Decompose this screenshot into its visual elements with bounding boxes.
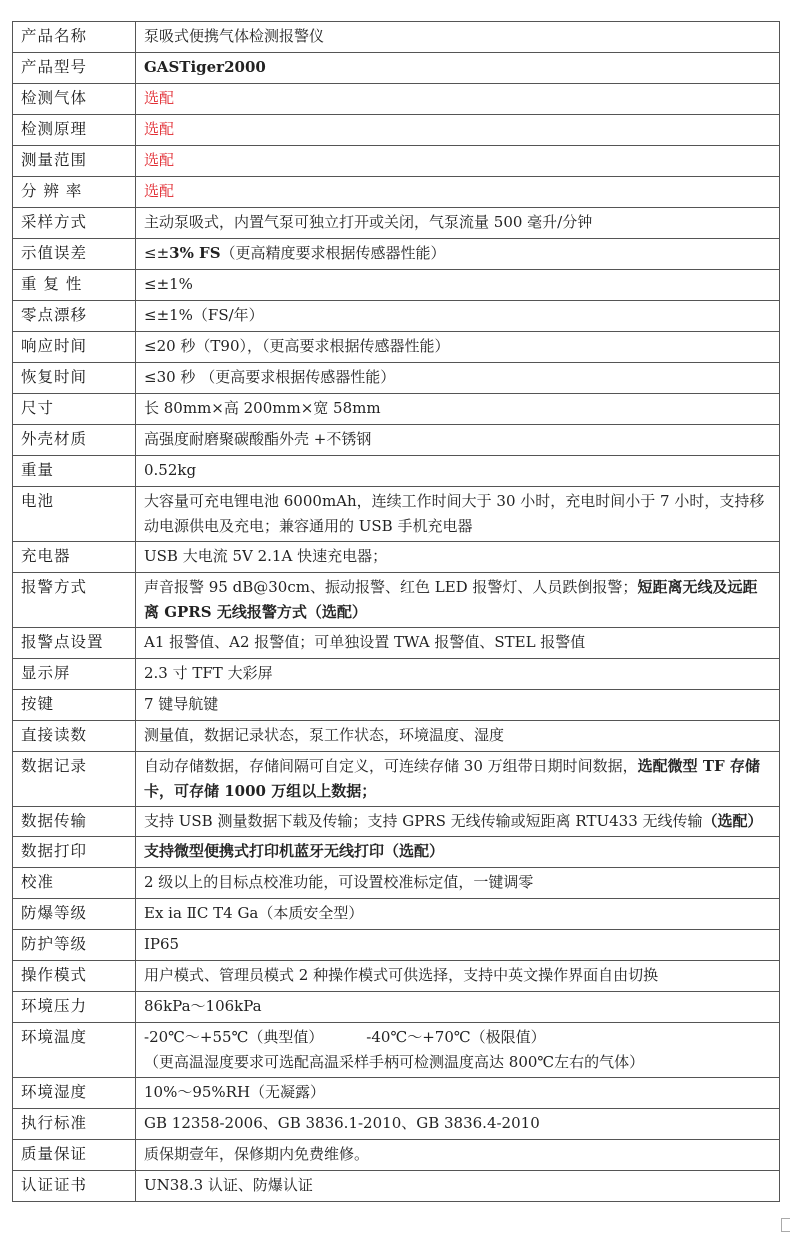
spec-value-segment: 选配 bbox=[144, 120, 174, 138]
spec-value-segment: 选配 bbox=[144, 89, 174, 107]
spec-label: 环境湿度 bbox=[13, 1078, 136, 1109]
spec-value-segment: 大容量可充电锂电池 6000mAh，连续工作时间大于 30 小时，充电时间小于 … bbox=[144, 492, 764, 535]
spec-label: 按键 bbox=[13, 690, 136, 721]
spec-value: Ex ia ⅡC T4 Ga（本质安全型） bbox=[136, 899, 780, 930]
spec-row: 直接读数测量值，数据记录状态，泵工作状态，环境温度、湿度 bbox=[13, 721, 780, 752]
spec-table: 产品名称泵吸式便携气体检测报警仪产品型号GASTiger2000检测气体选配检测… bbox=[12, 21, 780, 1202]
spec-value: -20℃～+55℃（典型值） -40℃～+70℃（极限值）（更高温湿度要求可选配… bbox=[136, 1023, 780, 1078]
spec-value: UN38.3 认证、防爆认证 bbox=[136, 1171, 780, 1202]
spec-value: 长 80mm×高 200mm×宽 58mm bbox=[136, 394, 780, 425]
spec-value: 10%～95%RH（无凝露） bbox=[136, 1078, 780, 1109]
spec-label: 直接读数 bbox=[13, 721, 136, 752]
spec-value-segment: 10%～95%RH（无凝露） bbox=[144, 1083, 325, 1101]
spec-label: 恢复时间 bbox=[13, 363, 136, 394]
spec-row: 数据记录自动存储数据，存储间隔可自定义，可连续存储 30 万组带日期时间数据，选… bbox=[13, 752, 780, 807]
spec-value-segment: Ex ia ⅡC T4 Ga（本质安全型） bbox=[144, 904, 363, 922]
spec-value-segment: （更高精度要求根据传感器性能） bbox=[221, 244, 446, 262]
spec-row: 产品型号GASTiger2000 bbox=[13, 53, 780, 84]
spec-label: 电池 bbox=[13, 487, 136, 542]
spec-value: 选配 bbox=[136, 115, 780, 146]
spec-label: 显示屏 bbox=[13, 659, 136, 690]
spec-value: 选配 bbox=[136, 146, 780, 177]
spec-value: 0.52kg bbox=[136, 456, 780, 487]
spec-label: 响应时间 bbox=[13, 332, 136, 363]
spec-value-segment: 2 级以上的目标点校准功能，可设置校准标定值，一键调零 bbox=[144, 873, 533, 891]
spec-value: ≤±3% FS（更高精度要求根据传感器性能） bbox=[136, 239, 780, 270]
spec-label: 充电器 bbox=[13, 542, 136, 573]
spec-value-segment: ≤±1%（FS/年） bbox=[144, 306, 264, 324]
spec-label: 产品型号 bbox=[13, 53, 136, 84]
spec-label: 产品名称 bbox=[13, 22, 136, 53]
spec-value: ≤±1%（FS/年） bbox=[136, 301, 780, 332]
spec-row: 检测原理选配 bbox=[13, 115, 780, 146]
spec-row: 分 辨 率选配 bbox=[13, 177, 780, 208]
spec-table-body: 产品名称泵吸式便携气体检测报警仪产品型号GASTiger2000检测气体选配检测… bbox=[13, 22, 780, 1202]
spec-value-segment: 测量值，数据记录状态，泵工作状态，环境温度、湿度 bbox=[144, 726, 504, 744]
spec-value: ≤20 秒（T90），（更高要求根据传感器性能） bbox=[136, 332, 780, 363]
spec-label: 防护等级 bbox=[13, 930, 136, 961]
spec-value: 选配 bbox=[136, 177, 780, 208]
spec-value: 2.3 寸 TFT 大彩屏 bbox=[136, 659, 780, 690]
spec-value: 测量值，数据记录状态，泵工作状态，环境温度、湿度 bbox=[136, 721, 780, 752]
spec-value-segment: GB 12358-2006、GB 3836.1-2010、GB 3836.4-2… bbox=[144, 1114, 540, 1132]
spec-row: 尺寸长 80mm×高 200mm×宽 58mm bbox=[13, 394, 780, 425]
spec-row: 环境压力86kPa～106kPa bbox=[13, 992, 780, 1023]
spec-row: 重量0.52kg bbox=[13, 456, 780, 487]
spec-row: 质量保证质保期壹年，保修期内免费维修。 bbox=[13, 1140, 780, 1171]
spec-value-segment: 长 80mm×高 200mm×宽 58mm bbox=[144, 399, 381, 417]
spec-row: 检测气体选配 bbox=[13, 84, 780, 115]
spec-value-segment: 86kPa～106kPa bbox=[144, 997, 262, 1015]
spec-value-segment: 支持 USB 测量数据下载及传输；支持 GPRS 无线传输或短距离 RTU433… bbox=[144, 812, 703, 830]
spec-value-segment: -20℃～+55℃（典型值） -40℃～+70℃（极限值） bbox=[144, 1028, 546, 1046]
spec-label: 外壳材质 bbox=[13, 425, 136, 456]
spec-row: 电池大容量可充电锂电池 6000mAh，连续工作时间大于 30 小时，充电时间小… bbox=[13, 487, 780, 542]
spec-value-segment: ≤±1% bbox=[144, 275, 193, 293]
spec-value: GASTiger2000 bbox=[136, 53, 780, 84]
spec-label: 防爆等级 bbox=[13, 899, 136, 930]
spec-value-segment: （更高温湿度要求可选配高温采样手柄可检测温度高达 800℃左右的气体） bbox=[144, 1053, 644, 1071]
spec-row: 产品名称泵吸式便携气体检测报警仪 bbox=[13, 22, 780, 53]
spec-value: IP65 bbox=[136, 930, 780, 961]
spec-row: 认证证书UN38.3 认证、防爆认证 bbox=[13, 1171, 780, 1202]
spec-value: 质保期壹年，保修期内免费维修。 bbox=[136, 1140, 780, 1171]
spec-label: 重 复 性 bbox=[13, 270, 136, 301]
spec-label: 认证证书 bbox=[13, 1171, 136, 1202]
spec-label: 质量保证 bbox=[13, 1140, 136, 1171]
spec-value-segment: 2.3 寸 TFT 大彩屏 bbox=[144, 664, 273, 682]
spec-value-segment: 选配 bbox=[144, 182, 174, 200]
spec-value-segment: USB 大电流 5V 2.1A 快速充电器； bbox=[144, 547, 387, 565]
spec-row: 防护等级IP65 bbox=[13, 930, 780, 961]
spec-value-segment: 自动存储数据，存储间隔可自定义，可连续存储 30 万组带日期时间数据， bbox=[144, 757, 638, 775]
spec-value-segment: ≤± bbox=[144, 244, 169, 262]
spec-value: 泵吸式便携气体检测报警仪 bbox=[136, 22, 780, 53]
spec-value: 86kPa～106kPa bbox=[136, 992, 780, 1023]
spec-row: 显示屏2.3 寸 TFT 大彩屏 bbox=[13, 659, 780, 690]
spec-value: 支持微型便携式打印机蓝牙无线打印（选配） bbox=[136, 837, 780, 868]
spec-row: 校准2 级以上的目标点校准功能，可设置校准标定值，一键调零 bbox=[13, 868, 780, 899]
spec-value: 自动存储数据，存储间隔可自定义，可连续存储 30 万组带日期时间数据，选配微型 … bbox=[136, 752, 780, 807]
spec-value: 用户模式、管理员模式 2 种操作模式可供选择，支持中英文操作界面自由切换 bbox=[136, 961, 780, 992]
spec-row: 数据传输支持 USB 测量数据下载及传输；支持 GPRS 无线传输或短距离 RT… bbox=[13, 807, 780, 837]
spec-value-segment: 3% FS bbox=[169, 244, 220, 262]
spec-label: 执行标准 bbox=[13, 1109, 136, 1140]
spec-value-segment: 用户模式、管理员模式 2 种操作模式可供选择，支持中英文操作界面自由切换 bbox=[144, 966, 658, 984]
spec-value-segment: 0.52kg bbox=[144, 461, 196, 479]
spec-value: A1 报警值、A2 报警值；可单独设置 TWA 报警值、STEL 报警值 bbox=[136, 628, 780, 659]
spec-label: 数据传输 bbox=[13, 807, 136, 837]
spec-row: 充电器USB 大电流 5V 2.1A 快速充电器； bbox=[13, 542, 780, 573]
page-corner-mark bbox=[781, 1218, 790, 1232]
spec-value-segment: ≤20 秒（T90），（更高要求根据传感器性能） bbox=[144, 337, 450, 355]
spec-row: 报警点设置A1 报警值、A2 报警值；可单独设置 TWA 报警值、STEL 报警… bbox=[13, 628, 780, 659]
spec-row: 按键7 键导航键 bbox=[13, 690, 780, 721]
spec-label: 报警方式 bbox=[13, 573, 136, 628]
spec-label: 采样方式 bbox=[13, 208, 136, 239]
spec-label: 环境温度 bbox=[13, 1023, 136, 1078]
spec-value-segment: （选配） bbox=[703, 812, 763, 830]
spec-value-segment: 泵吸式便携气体检测报警仪 bbox=[144, 27, 324, 45]
spec-label: 测量范围 bbox=[13, 146, 136, 177]
spec-value: 大容量可充电锂电池 6000mAh，连续工作时间大于 30 小时，充电时间小于 … bbox=[136, 487, 780, 542]
spec-value-segment: A1 报警值、A2 报警值；可单独设置 TWA 报警值、STEL 报警值 bbox=[144, 633, 585, 651]
spec-value: 选配 bbox=[136, 84, 780, 115]
spec-row: 环境温度-20℃～+55℃（典型值） -40℃～+70℃（极限值）（更高温湿度要… bbox=[13, 1023, 780, 1078]
spec-row: 零点漂移≤±1%（FS/年） bbox=[13, 301, 780, 332]
spec-label: 重量 bbox=[13, 456, 136, 487]
spec-label: 检测原理 bbox=[13, 115, 136, 146]
spec-value: 高强度耐磨聚碳酸酯外壳 +不锈钢 bbox=[136, 425, 780, 456]
spec-row: 防爆等级Ex ia ⅡC T4 Ga（本质安全型） bbox=[13, 899, 780, 930]
spec-value-segment: ≤30 秒 （更高要求根据传感器性能） bbox=[144, 368, 395, 386]
spec-value-segment: 7 键导航键 bbox=[144, 695, 218, 713]
spec-row: 执行标准GB 12358-2006、GB 3836.1-2010、GB 3836… bbox=[13, 1109, 780, 1140]
spec-label: 数据记录 bbox=[13, 752, 136, 807]
spec-value: ≤±1% bbox=[136, 270, 780, 301]
spec-value-segment: 质保期壹年，保修期内免费维修。 bbox=[144, 1145, 369, 1163]
spec-label: 校准 bbox=[13, 868, 136, 899]
spec-row: 环境湿度10%～95%RH（无凝露） bbox=[13, 1078, 780, 1109]
spec-row: 测量范围选配 bbox=[13, 146, 780, 177]
spec-value: 2 级以上的目标点校准功能，可设置校准标定值，一键调零 bbox=[136, 868, 780, 899]
spec-value: 支持 USB 测量数据下载及传输；支持 GPRS 无线传输或短距离 RTU433… bbox=[136, 807, 780, 837]
spec-value: 主动泵吸式，内置气泵可独立打开或关闭，气泵流量 500 毫升/分钟 bbox=[136, 208, 780, 239]
spec-value-segment: 声音报警 95 dB@30cm、振动报警、红色 LED 报警灯、人员跌倒报警； bbox=[144, 578, 637, 596]
spec-row: 响应时间≤20 秒（T90），（更高要求根据传感器性能） bbox=[13, 332, 780, 363]
spec-row: 重 复 性≤±1% bbox=[13, 270, 780, 301]
spec-label: 分 辨 率 bbox=[13, 177, 136, 208]
spec-row: 报警方式声音报警 95 dB@30cm、振动报警、红色 LED 报警灯、人员跌倒… bbox=[13, 573, 780, 628]
spec-label: 数据打印 bbox=[13, 837, 136, 868]
spec-value-segment: 支持微型便携式打印机蓝牙无线打印（选配） bbox=[144, 842, 444, 860]
spec-value: USB 大电流 5V 2.1A 快速充电器； bbox=[136, 542, 780, 573]
spec-row: 采样方式主动泵吸式，内置气泵可独立打开或关闭，气泵流量 500 毫升/分钟 bbox=[13, 208, 780, 239]
spec-row: 恢复时间≤30 秒 （更高要求根据传感器性能） bbox=[13, 363, 780, 394]
spec-label: 检测气体 bbox=[13, 84, 136, 115]
spec-value-segment: 选配 bbox=[144, 151, 174, 169]
spec-row: 外壳材质高强度耐磨聚碳酸酯外壳 +不锈钢 bbox=[13, 425, 780, 456]
spec-label: 尺寸 bbox=[13, 394, 136, 425]
spec-value-segment: IP65 bbox=[144, 935, 179, 953]
spec-row: 操作模式用户模式、管理员模式 2 种操作模式可供选择，支持中英文操作界面自由切换 bbox=[13, 961, 780, 992]
spec-label: 报警点设置 bbox=[13, 628, 136, 659]
spec-value: GB 12358-2006、GB 3836.1-2010、GB 3836.4-2… bbox=[136, 1109, 780, 1140]
spec-label: 零点漂移 bbox=[13, 301, 136, 332]
spec-value-segment: 高强度耐磨聚碳酸酯外壳 +不锈钢 bbox=[144, 430, 371, 448]
spec-row: 数据打印支持微型便携式打印机蓝牙无线打印（选配） bbox=[13, 837, 780, 868]
spec-row: 示值误差≤±3% FS（更高精度要求根据传感器性能） bbox=[13, 239, 780, 270]
spec-value-segment: UN38.3 认证、防爆认证 bbox=[144, 1176, 313, 1194]
spec-label: 操作模式 bbox=[13, 961, 136, 992]
spec-value-segment: GASTiger2000 bbox=[144, 58, 266, 76]
spec-label: 示值误差 bbox=[13, 239, 136, 270]
spec-value: 7 键导航键 bbox=[136, 690, 780, 721]
spec-label: 环境压力 bbox=[13, 992, 136, 1023]
spec-value-segment: 主动泵吸式，内置气泵可独立打开或关闭，气泵流量 500 毫升/分钟 bbox=[144, 213, 592, 231]
spec-value: ≤30 秒 （更高要求根据传感器性能） bbox=[136, 363, 780, 394]
spec-value: 声音报警 95 dB@30cm、振动报警、红色 LED 报警灯、人员跌倒报警；短… bbox=[136, 573, 780, 628]
